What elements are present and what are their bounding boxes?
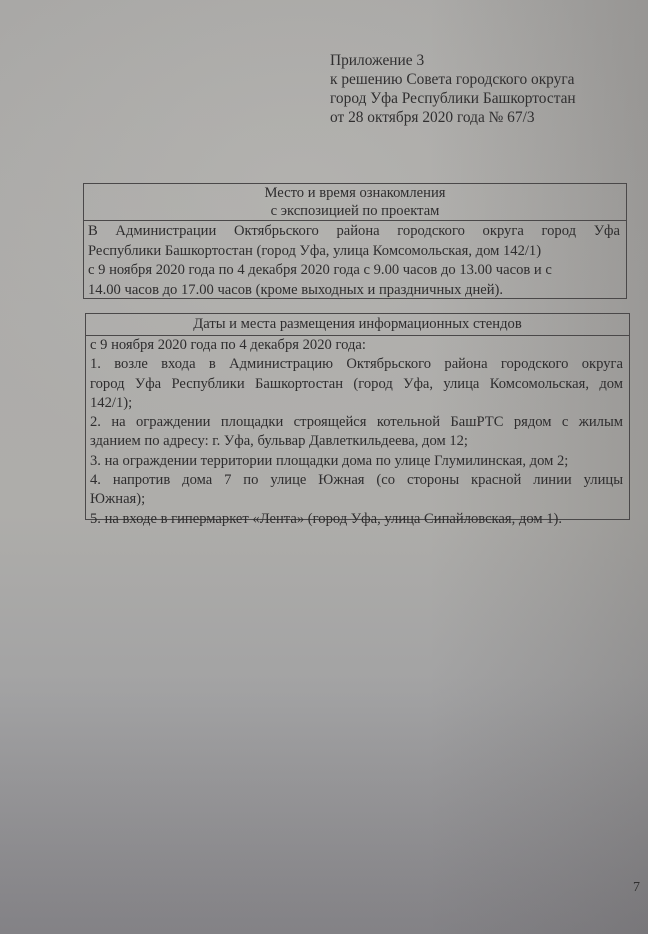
annex-line: к решению Совета городского округа bbox=[330, 70, 576, 89]
exposition-place-table: Место и время ознакомления с экспозицией… bbox=[83, 183, 627, 299]
item-line: 5. на входе в гипермаркет «Лента» (город… bbox=[90, 510, 623, 529]
table-body: с 9 ноября 2020 года по 4 декабря 2020 г… bbox=[86, 336, 629, 529]
body-line: 14.00 часов до 17.00 часов (кроме выходн… bbox=[88, 281, 620, 301]
lighting-shade-bottom bbox=[0, 674, 648, 934]
list-item: 4. напротив дома 7 по улице Южная (со ст… bbox=[90, 471, 623, 510]
annex-title: Приложение 3 bbox=[330, 51, 576, 70]
annex-header: Приложение 3 к решению Совета городского… bbox=[330, 51, 576, 127]
table-header: Даты и места размещения информационных с… bbox=[86, 314, 629, 336]
list-item: 5. на входе в гипермаркет «Лента» (город… bbox=[90, 510, 623, 529]
item-line: город Уфа Республики Башкортостан (город… bbox=[90, 375, 623, 394]
intro-line: с 9 ноября 2020 года по 4 декабря 2020 г… bbox=[90, 336, 623, 355]
body-line: Республики Башкортостан (город Уфа, улиц… bbox=[88, 242, 620, 262]
body-line: с 9 ноября 2020 года по 4 декабря 2020 г… bbox=[88, 261, 620, 281]
table-header: Место и время ознакомления с экспозицией… bbox=[84, 184, 626, 221]
item-line: Южная); bbox=[90, 490, 623, 509]
info-stands-table: Даты и места размещения информационных с… bbox=[85, 313, 630, 520]
annex-line: город Уфа Республики Башкортостан bbox=[330, 89, 576, 108]
item-line: зданием по адресу: г. Уфа, бульвар Давле… bbox=[90, 432, 623, 451]
list-item: 2. на ограждении площадки строящейся кот… bbox=[90, 413, 623, 452]
item-line: 2. на ограждении площадки строящейся кот… bbox=[90, 413, 623, 432]
page-number: 7 bbox=[633, 880, 640, 896]
item-line: 3. на ограждении территории площадки дом… bbox=[90, 452, 623, 471]
list-item: 1. возле входа в Администрацию Октябрьск… bbox=[90, 355, 623, 413]
item-line: 4. напротив дома 7 по улице Южная (со ст… bbox=[90, 471, 623, 490]
list-item: 3. на ограждении территории площадки дом… bbox=[90, 452, 623, 471]
annex-date-line: от 28 октября 2020 года № 67/3 bbox=[330, 108, 576, 127]
table-body: В Администрации Октябрьского района горо… bbox=[84, 221, 626, 300]
header-line: Место и время ознакомления bbox=[88, 185, 622, 203]
body-line: В Администрации Октябрьского района горо… bbox=[88, 222, 620, 242]
item-line: 1. возле входа в Администрацию Октябрьск… bbox=[90, 355, 623, 374]
header-line: с экспозицией по проектам bbox=[88, 203, 622, 221]
item-line: 142/1); bbox=[90, 394, 623, 413]
